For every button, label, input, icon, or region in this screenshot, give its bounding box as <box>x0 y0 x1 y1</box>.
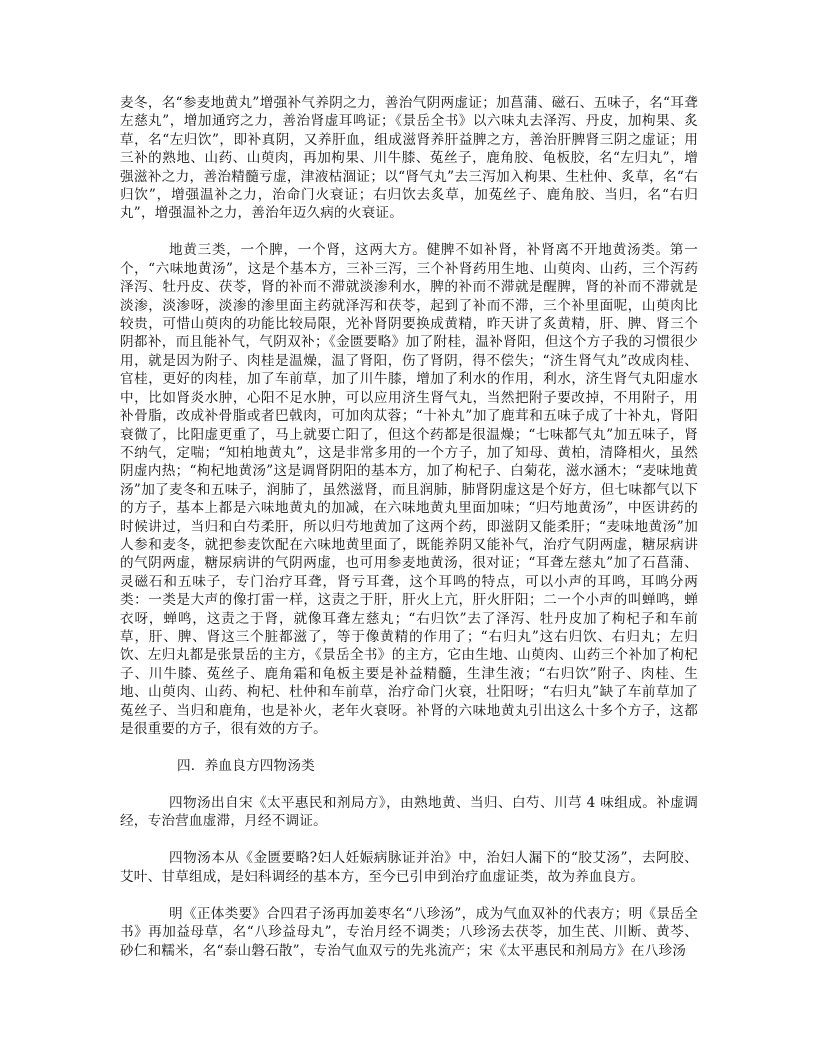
paragraph-gap <box>120 738 698 757</box>
paragraph-dihuang-category: 地黄三类，一个脾，一个肾，这两大方。健脾不如补肾，补肾离不开地黄汤类。第一个，“… <box>120 241 698 738</box>
section-heading-siwu-tang: 四．养血良方四物汤类 <box>120 757 698 775</box>
paragraph-gap <box>120 775 698 794</box>
paragraph-gap <box>120 223 698 242</box>
paragraph-siwu-origin: 四物汤出自宋《太平惠民和剂局方》，由熟地黄、当归、白芍、川芎 4 味组成。补虚调… <box>120 794 698 831</box>
document-page: 麦冬，名“参麦地黄丸”增强补气养阴之力，善治气阴两虚证；加菖蒲、磁石、五味子，名… <box>120 94 698 960</box>
paragraph-siwu-source: 四物汤本从《金匮要略?妇人妊娠病脉证并治》中，治妇人漏下的“胶艾汤”，去阿胶、艾… <box>120 849 698 886</box>
paragraph-gap <box>120 886 698 905</box>
paragraph-gap <box>120 831 698 850</box>
paragraph-formula-variants: 麦冬，名“参麦地黄丸”增强补气养阴之力，善治气阴两虚证；加菖蒲、磁石、五味子，名… <box>120 94 698 223</box>
paragraph-bazhen-tang: 明《正体类要》合四君子汤再加姜枣名“八珍汤”，成为气血双补的代表方；明《景岳全书… <box>120 905 698 960</box>
